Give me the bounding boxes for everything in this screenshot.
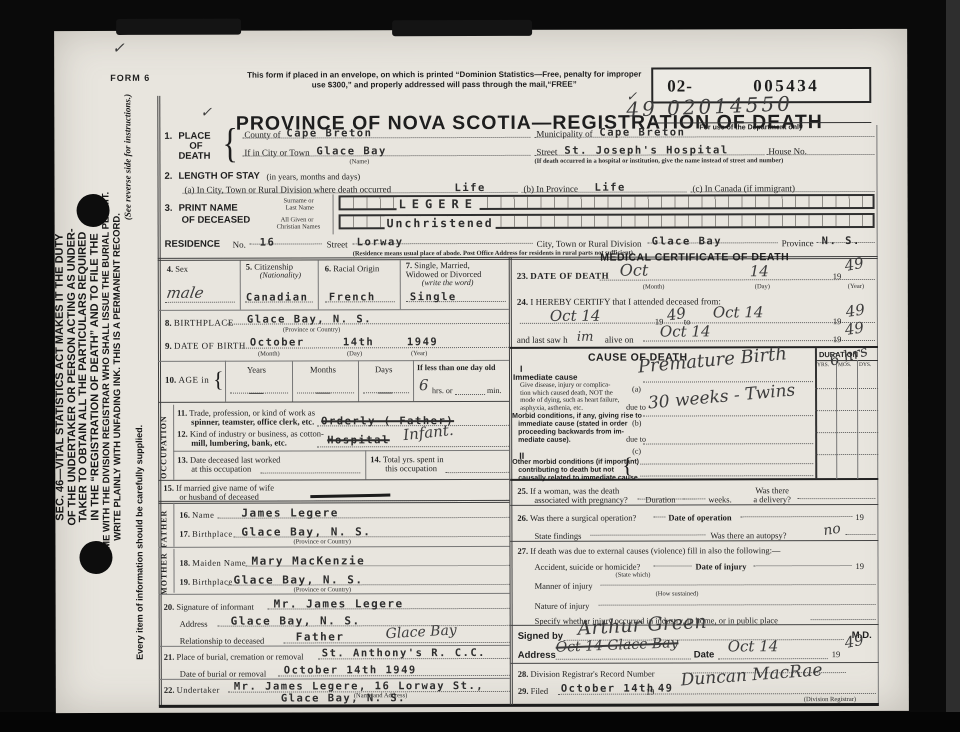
morbid-desc: mediate cause).	[518, 437, 571, 444]
cause-b-label: (b)	[632, 419, 641, 428]
punch-hole	[79, 541, 112, 574]
last-saw-label2: alive on	[605, 335, 634, 345]
injury-year-prefix: 19	[855, 561, 864, 571]
duration-col-dys: DYS.	[859, 362, 871, 368]
field24-label: I HEREBY CERTIFY that I attended decease…	[530, 296, 721, 306]
city-caption: (Name)	[349, 158, 369, 165]
immediate-desc: tion which caused death, NOT the	[520, 389, 613, 396]
birth-month-caption: (Month)	[258, 351, 280, 358]
racial-origin-value: French	[329, 291, 376, 303]
field17-label: Birthplace	[192, 529, 232, 539]
municipality-value: Cape Breton	[599, 126, 685, 138]
residence-street-label: Street	[327, 239, 348, 249]
death-month-value: Oct	[620, 261, 649, 280]
immediate-desc: Give disease, injury or complica-	[520, 382, 610, 389]
house-no-label: House No.	[768, 146, 807, 156]
autopsy-value: no	[822, 521, 842, 539]
birthplace-caption: (Province or Country)	[283, 326, 340, 333]
attended-to-year-prefix: 19	[833, 316, 842, 326]
scanned-death-certificate: SEC. 46—VITAL STATISTICS ACT MAKES IT TH…	[0, 0, 960, 732]
field1-number: 1.	[164, 131, 172, 142]
residence-no-label: No.	[233, 240, 246, 250]
field2-number: 2.	[164, 171, 172, 182]
residence-division-label: City, Town or Rural Division	[537, 239, 642, 249]
operation-date-label: Date of operation	[668, 512, 731, 522]
residence-province-label: Province	[782, 238, 814, 248]
field8-number: 8.	[165, 318, 172, 328]
father-birthplace-value: Glace Bay, N. S.	[241, 525, 371, 538]
county-value: Cape Breton	[286, 127, 372, 139]
birth-year-caption: (Year)	[411, 350, 427, 357]
scan-smudge	[116, 19, 241, 35]
residence-province-value: N. S.	[822, 235, 861, 247]
field16-number: 16.	[179, 510, 190, 520]
scan-smudge	[392, 20, 532, 36]
field11-number: 11.	[177, 408, 187, 418]
field5-label2: (Nationality)	[260, 270, 301, 279]
field29-number: 29.	[518, 686, 529, 696]
field6-number: 6.	[325, 263, 331, 273]
immediate-cause-label: Immediate cause	[513, 373, 578, 382]
field25-label2: associated with pregnancy?	[534, 495, 627, 505]
pregnancy-duration-label: Duration	[645, 494, 675, 504]
field15-number: 15.	[163, 483, 174, 493]
informant-relationship-value: Father	[296, 630, 345, 643]
death-day-value: 14	[750, 262, 769, 280]
death-year-caption: (Year)	[848, 283, 864, 290]
field24-number: 24.	[517, 297, 528, 307]
stay-province-label: (b) In Province	[524, 184, 579, 194]
field1-label: DEATH	[178, 151, 210, 162]
field3-label: OF DECEASED	[182, 215, 251, 226]
birth-day-caption: (Day)	[347, 350, 362, 357]
field28-number: 28.	[518, 669, 529, 679]
filed-year-prefix: 19	[646, 687, 655, 697]
informant-relationship-label: Relationship to deceased	[180, 636, 265, 646]
field12-number: 12.	[177, 429, 188, 439]
other-desc: Other morbid conditions (if important)	[512, 459, 639, 466]
field20-label: Signature of informant	[176, 602, 253, 612]
field4-number: 4.	[167, 264, 173, 274]
age-min-label: min.	[487, 386, 501, 395]
death-year-prefix: 19	[833, 271, 842, 281]
informant-value: Mr. James Legere	[274, 597, 404, 610]
field10-number: 10.	[165, 375, 176, 385]
injury-date-label: Date of injury	[695, 561, 746, 571]
father-side-label: FATHER	[159, 506, 168, 548]
check-mark: ✓	[626, 90, 637, 105]
father-birthplace-caption: (Province or Country)	[293, 538, 350, 545]
age-months-label: Months	[310, 364, 336, 374]
delivery-label2: a delivery?	[753, 494, 791, 504]
city-value: Glace Bay	[316, 145, 386, 157]
field14-number: 14.	[370, 454, 381, 464]
field1-brace: {	[222, 119, 237, 167]
certificate-paper: SEC. 46—VITAL STATISTICS ACT MAKES IT TH…	[54, 29, 909, 713]
accident-label: Accident, suicide or homicide?	[534, 562, 640, 572]
field18-number: 18.	[179, 558, 190, 568]
age-hours-value: 6	[419, 376, 429, 394]
registration-prefix: 02-	[667, 76, 693, 96]
reverse-side-note: (See reverse side for instructions.)	[122, 94, 134, 660]
registrar-caption: (Division Registrar)	[804, 696, 856, 703]
findings-label: State findings	[534, 531, 581, 541]
immediate-desc: asphyxia, asthenia, etc.	[520, 404, 583, 411]
cause-a-label: (a)	[632, 385, 641, 394]
mother-birthplace-value: Glace Bay, N. S.	[234, 573, 364, 586]
birth-month-value: October	[250, 336, 305, 348]
residence-label: RESIDENCE	[165, 239, 220, 250]
medical-certificate-title: MEDICAL CERTIFICATE OF DEATH	[515, 251, 875, 264]
surname-label: Last Name	[286, 204, 314, 211]
age-hrs-label: hrs. or	[432, 386, 452, 395]
field22-label: Undertaker	[177, 685, 220, 695]
father-name-value: James Legere	[241, 506, 339, 519]
filed-date-value: October 14th	[561, 683, 655, 695]
age-brace: {	[213, 367, 224, 393]
informant-address-label: Address	[180, 619, 208, 629]
field5-number: 5.	[246, 262, 252, 272]
signed-year-prefix: 19	[832, 649, 841, 659]
field17-number: 17.	[179, 529, 190, 539]
field8-label: BIRTHPLACE	[174, 318, 234, 328]
signed-year-value: 49	[843, 631, 865, 652]
street-caption: (If death occurred in a hospital or inst…	[534, 157, 783, 165]
field14-label2: this occupation	[385, 463, 437, 473]
field26-label: Was there a surgical operation?	[530, 513, 636, 523]
field16-label: Name	[192, 510, 214, 520]
stay-city-label: (a) In City, Town or Rural Division wher…	[185, 184, 392, 195]
operation-year-prefix: 19	[855, 512, 864, 522]
last-saw-year: 49	[844, 318, 865, 339]
field26-number: 26.	[517, 513, 528, 523]
field13-label2: at this occupation	[191, 464, 251, 474]
other-desc: contributing to death but not	[518, 467, 614, 474]
residence-no-value: 16	[260, 237, 276, 249]
filed-year-value: 49	[658, 682, 674, 694]
cause-a-value: Premature Birth	[637, 343, 788, 377]
field7-label: (write the word)	[422, 278, 474, 287]
field28-label: Division Registrar's Record Number	[531, 669, 655, 679]
birth-day-value: 14th	[343, 336, 374, 348]
surname-value: LEGERE	[397, 197, 480, 211]
field10-label: AGE in	[179, 375, 210, 385]
field29-label: Filed	[531, 686, 549, 696]
field20-number: 20.	[164, 602, 175, 612]
mother-side-label: MOTHER	[159, 553, 168, 595]
informant-address-value: Glace Bay, N. S.	[231, 614, 361, 627]
attended-to-value: Oct 14	[713, 303, 764, 321]
burial-place-value: St. Anthony's R. C.C.	[322, 647, 486, 659]
age-months-value: —	[315, 382, 331, 401]
supply-note: Every item of information should be care…	[133, 94, 145, 660]
field22-number: 22.	[164, 685, 175, 695]
morbid-desc: proceeding backwards from im-	[518, 429, 624, 436]
attended-to-year: 49	[845, 300, 866, 321]
immediate-desc: mode of dying, such as heart failure,	[520, 397, 619, 404]
cause-due-to-2: due to	[626, 435, 646, 444]
field23-label: DATE OF DEATH	[530, 271, 609, 281]
scan-edge-right	[946, 0, 960, 732]
form-left-rule	[157, 96, 162, 706]
morbid-desc: immediate cause (stated in order	[518, 421, 627, 428]
stay-province-value: Life	[595, 182, 626, 194]
field21-label: Place of burial, cremation or removal	[176, 651, 303, 661]
field3-label: PRINT NAME	[179, 203, 238, 214]
city-label: If in City or Town	[244, 147, 309, 157]
field11-label2: spinner, teamster, office clerk, etc.	[191, 416, 314, 426]
check-mark: ✓	[112, 39, 125, 57]
signed-address-label: Address	[518, 650, 556, 661]
age-years-label: Years	[247, 365, 266, 375]
last-saw-label1: and last saw h	[517, 335, 568, 345]
occupation-side-label: OCCUPATION	[159, 409, 168, 479]
age-days-label: Days	[375, 364, 393, 374]
cause-b-value: 30 weeks - Twins	[647, 380, 796, 413]
cause-ii-brace: {	[622, 453, 633, 479]
field21-number: 21.	[164, 652, 175, 662]
residence-division-value: Glace Bay	[652, 235, 722, 247]
attended-from-value: Oct 14	[550, 307, 601, 325]
cause-c-label: (c)	[632, 447, 641, 456]
county-label: County of	[244, 130, 280, 140]
age-days-value: —	[377, 382, 393, 401]
nature-label: Nature of injury	[535, 601, 590, 611]
cause-due-to-1: due to	[626, 403, 646, 412]
field6-label: Racial Origin	[333, 263, 379, 273]
envelope-note-line2: use $300,” and properly addressed will p…	[204, 79, 684, 89]
field9-label: DATE OF BIRTH	[174, 341, 246, 351]
scan-edge-bottom	[0, 712, 960, 732]
stay-city-value: Life	[455, 182, 486, 194]
death-month-caption: (Month)	[643, 284, 665, 291]
municipality-label: Municipality of	[536, 129, 592, 139]
morbid-desc: Morbid conditions, if any, giving rise t…	[512, 413, 642, 420]
field3-number: 3.	[165, 203, 173, 214]
cause-of-death-box: CAUSE OF DEATH DURATION YRS. MOS. DYS. 6…	[510, 346, 878, 481]
undertaker-value-line1: Mr. James Legere, 16 Lorway St.,	[234, 680, 484, 693]
field12-label2: mill, lumbering, bank, etc.	[191, 438, 287, 448]
field18-label: Maiden Name	[192, 558, 246, 568]
marital-value: Single	[410, 291, 457, 303]
street-label: Street	[536, 147, 557, 157]
field27-number: 27.	[517, 546, 528, 556]
margin-statute-block: SEC. 46—VITAL STATISTICS ACT MAKES IT TH…	[54, 94, 147, 660]
stay-canada-label: (c) In Canada (if immigrant)	[693, 183, 795, 193]
age-years-value: —	[248, 383, 264, 402]
form-number-label: FORM 6	[110, 73, 150, 83]
field4-label: Sex	[175, 264, 188, 274]
field27-label: If death was due to external causes (vio…	[530, 545, 780, 556]
residence-street-value: Lorway	[357, 236, 404, 248]
field19-number: 19.	[180, 577, 191, 587]
given-name-value: Unchristened	[385, 216, 496, 230]
burial-date-value: October 14th 1949	[284, 664, 417, 676]
industry-value: Hospital	[327, 434, 390, 446]
birth-year-value: 1949	[407, 336, 438, 348]
birthplace-value: Glace Bay, N. S.	[247, 313, 372, 325]
autopsy-label: Was there an autopsy?	[710, 530, 786, 540]
signed-date-label: Date	[694, 649, 715, 660]
last-saw-fill: im	[577, 330, 594, 345]
field13-number: 13.	[177, 455, 188, 465]
age-less-label: If less than one day old	[417, 363, 495, 372]
last-saw-year-prefix: 19	[833, 334, 842, 344]
burial-date-label: Date of burial or removal	[180, 669, 266, 679]
signed-date-value: Oct 14	[728, 637, 779, 655]
undertaker-value-line2: Glace Bay, N. S.	[281, 692, 406, 704]
envelope-note-line1: This form if placed in an envelope, on w…	[204, 69, 684, 79]
pregnancy-weeks-label: weeks.	[708, 494, 731, 504]
given-name-label: Christian Names	[277, 223, 321, 230]
field9-number: 9.	[165, 341, 172, 351]
street-value: St. Joseph's Hospital	[564, 144, 728, 156]
duration-col-yrs: YRS.	[817, 362, 829, 368]
citizenship-value: Canadian	[246, 291, 309, 303]
sex-value: male	[165, 284, 205, 302]
manner-label: Manner of injury	[535, 581, 593, 591]
mother-maiden-value: Mary MacKenzie	[251, 554, 365, 567]
field25-number: 25.	[517, 486, 528, 496]
death-day-caption: (Day)	[755, 283, 770, 290]
field23-number: 23.	[517, 271, 528, 281]
form-bottom-rule	[159, 703, 879, 707]
punch-hole	[77, 194, 110, 227]
death-year-value: 49	[843, 254, 865, 275]
last-saw-value: Oct 14	[660, 322, 711, 340]
